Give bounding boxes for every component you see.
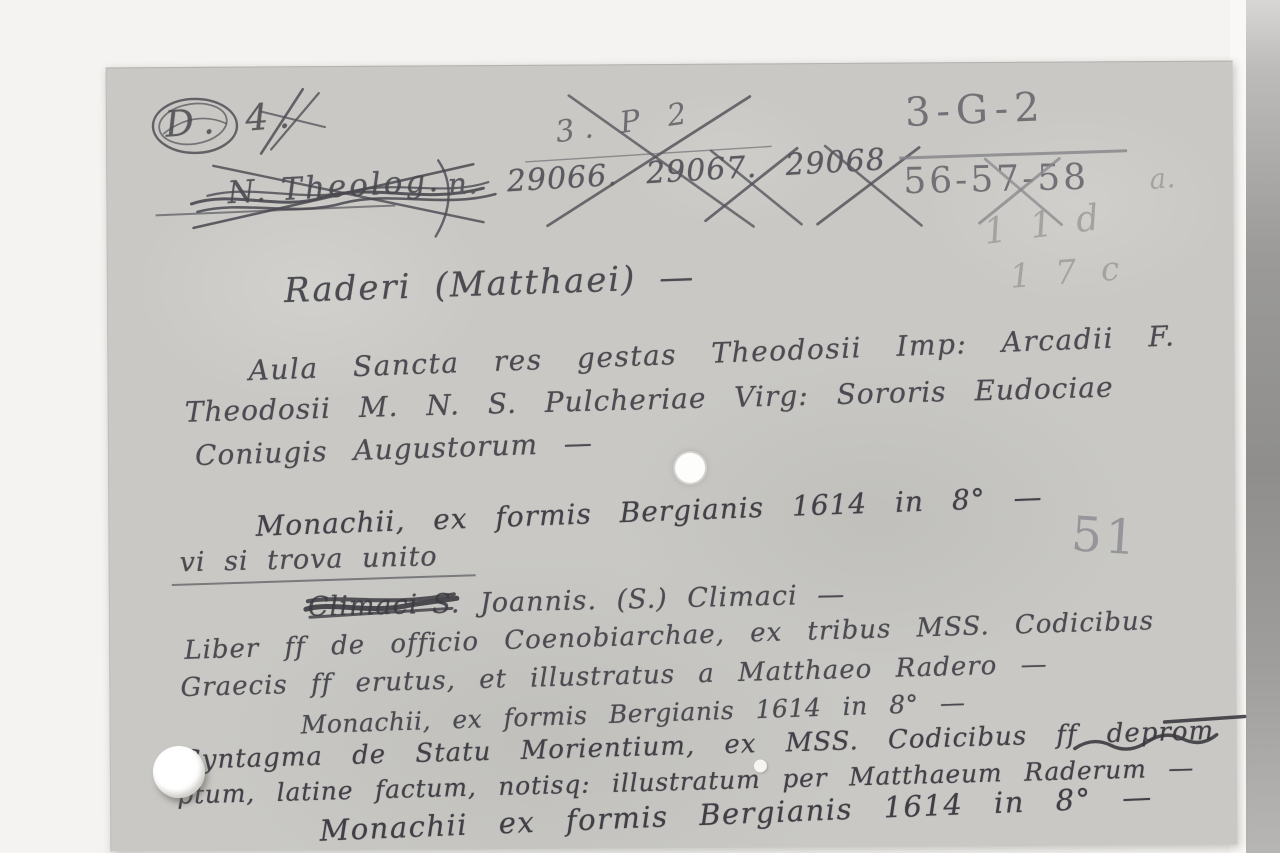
shelfmark-row1: 3-G-2 (904, 84, 1046, 136)
punch-hole-center (675, 453, 705, 483)
x-crossout-icon (697, 140, 808, 231)
scan-background-band (1246, 0, 1280, 853)
card-heading: Raderi (Matthaei) — (283, 257, 696, 311)
paper-bump (153, 746, 205, 798)
pencil-folio-number: 51 (1070, 506, 1141, 566)
pencil-note-row2: 1 7 c (1009, 249, 1121, 296)
catalog-card: D. 4. N. Theolog. 3. P 2 n. 29066. 29067… (106, 61, 1238, 852)
entry-aula-imprint: Monachii, ex formis Bergianis 1614 in 8°… (255, 480, 1043, 543)
pencil-letter: a. (1148, 161, 1177, 196)
binding-note: vi si trova unito (179, 541, 438, 578)
entry-aula-line3: Coniugis Augustorum — (195, 426, 594, 472)
entry-climaci-title-rest: S. Joannis. (S.) Climaci — (432, 579, 846, 620)
scanned-catalog-card-page: { "card": { "corner_marks": { "old_shelf… (0, 0, 1280, 853)
scribble-crossout-icon (302, 586, 462, 627)
paper-fleck (754, 759, 767, 772)
